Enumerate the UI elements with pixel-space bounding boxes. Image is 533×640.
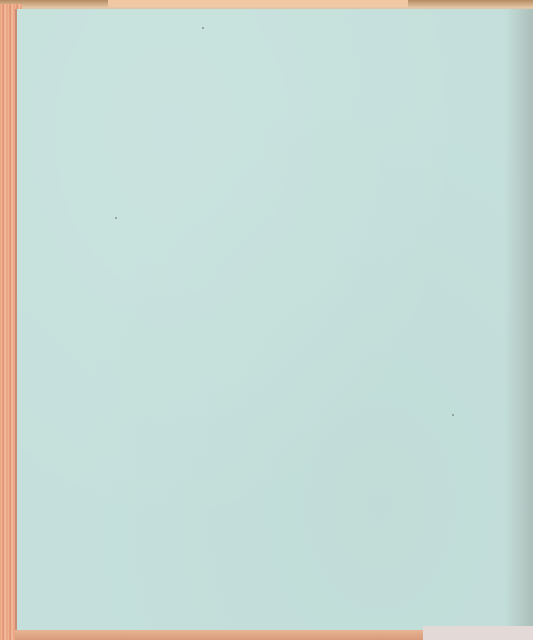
top-page-strip	[108, 0, 408, 7]
endpaper	[15, 9, 533, 631]
speck	[115, 217, 117, 219]
bottom-right-corner	[423, 626, 533, 640]
speck	[452, 414, 454, 416]
speck	[202, 27, 204, 29]
